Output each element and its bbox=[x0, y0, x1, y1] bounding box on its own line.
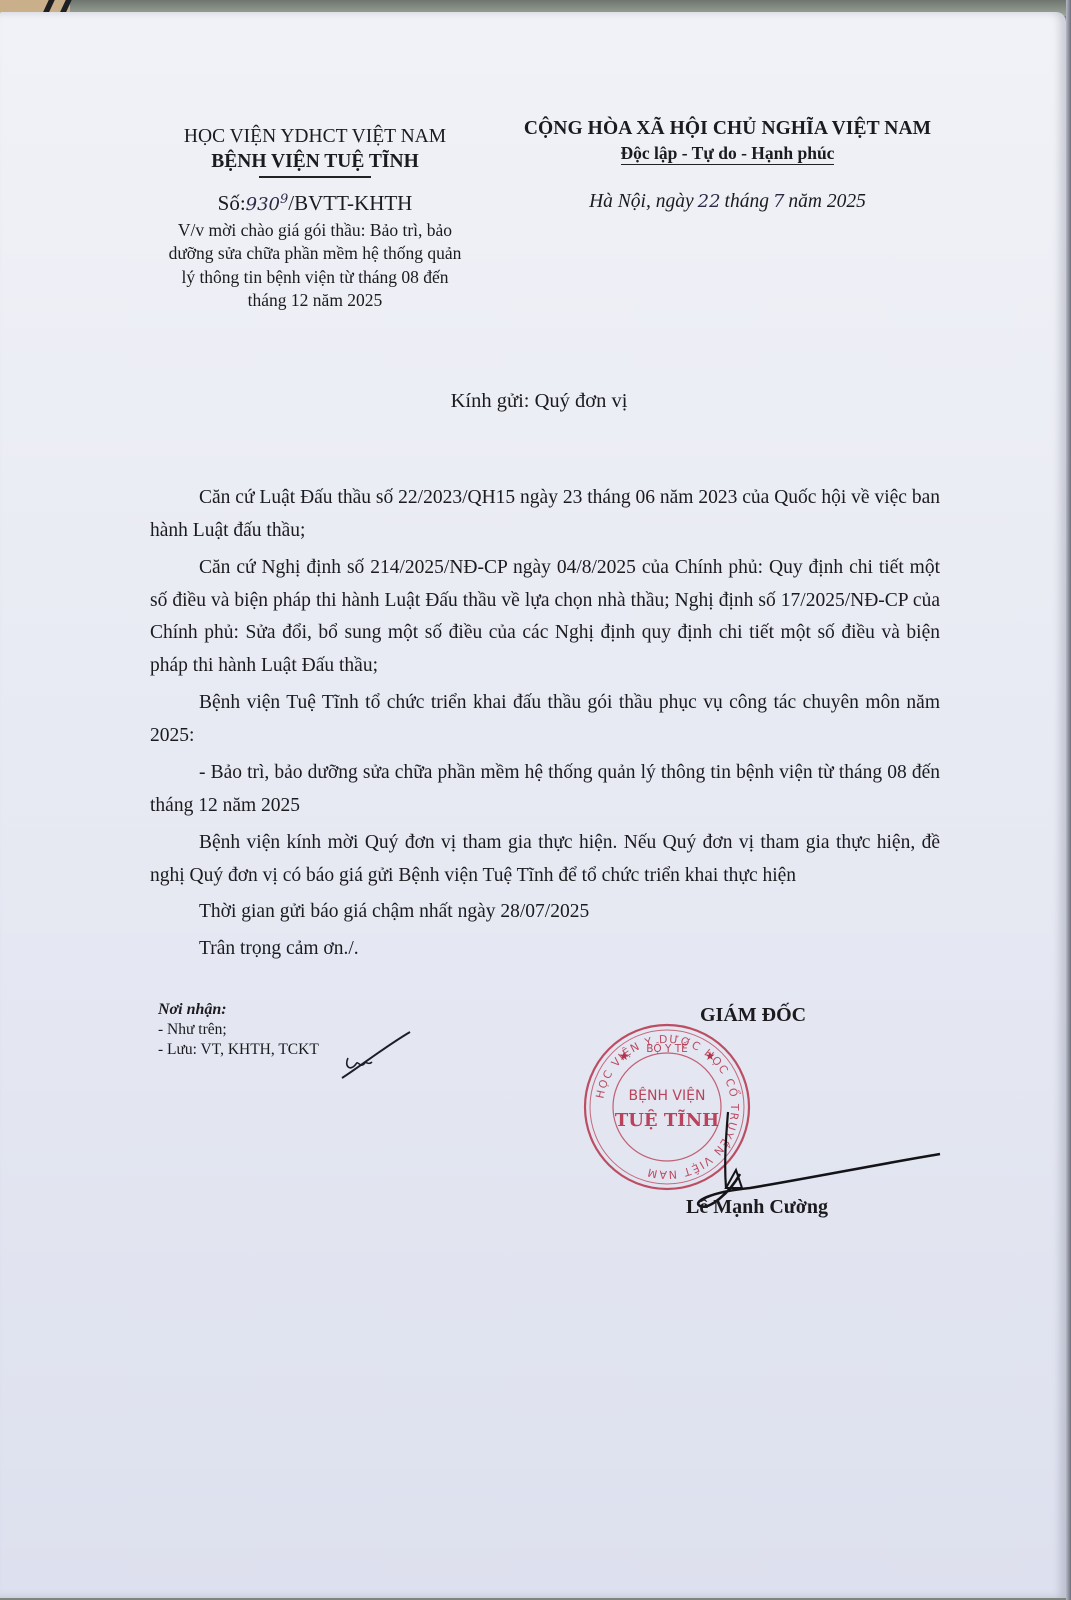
subject-line-3: lý thông tin bệnh viện từ tháng 08 đến bbox=[150, 266, 480, 290]
recipients-title: Nơi nhận: bbox=[158, 1000, 319, 1020]
closing-line: Trân trọng cảm ơn./. bbox=[150, 933, 940, 966]
place-and-date: Hà Nội, ngày22tháng7năm 2025 bbox=[500, 189, 955, 215]
svg-text:★: ★ bbox=[619, 1049, 630, 1063]
issuer-header: HỌC VIỆN YDHCT VIỆT NAM BỆNH VIỆN TUỆ TĨ… bbox=[150, 124, 480, 313]
initial-mark-icon bbox=[338, 1028, 418, 1088]
national-motto: Độc lập - Tự do - Hạnh phúc bbox=[621, 142, 835, 165]
date-month-handwritten: 7 bbox=[769, 191, 788, 212]
header-divider bbox=[259, 176, 371, 178]
body-paragraph: Căn cứ Luật Đấu thầu số 22/2023/QH15 ngà… bbox=[150, 482, 940, 547]
body-paragraph: Bệnh viện Tuệ Tĩnh tổ chức triển khai đấ… bbox=[150, 687, 940, 752]
salutation: Kính gửi: Quý đơn vị bbox=[0, 390, 1066, 413]
letter-body: Căn cứ Luật Đấu thầu số 22/2023/QH15 ngà… bbox=[150, 482, 940, 969]
subject-line-2: dưỡng sửa chữa phần mềm hệ thống quản bbox=[150, 242, 480, 266]
recipient-item: - Lưu: VT, KHTH, TCKT bbox=[158, 1040, 319, 1060]
page-edge-shadow bbox=[1066, 0, 1071, 1600]
body-paragraph: Bệnh viện kính mời Quý đơn vị tham gia t… bbox=[150, 827, 940, 892]
date-day-handwritten: 22 bbox=[694, 191, 725, 212]
organization-name: BỆNH VIỆN TUỆ TĨNH bbox=[150, 149, 480, 174]
document-page: HỌC VIỆN YDHCT VIỆT NAM BỆNH VIỆN TUỆ TĨ… bbox=[0, 12, 1066, 1598]
svg-text:BỘ Y TẾ: BỘ Y TẾ bbox=[646, 1041, 688, 1055]
date-year: năm 2025 bbox=[788, 191, 865, 212]
doc-number-prefix: Số: bbox=[218, 191, 246, 215]
recipients-block: Nơi nhận: - Như trên; - Lưu: VT, KHTH, T… bbox=[158, 1000, 319, 1060]
doc-number-handwritten: 9309 bbox=[246, 194, 289, 215]
doc-number-digits: 930 bbox=[246, 194, 280, 215]
deadline-line: Thời gian gửi báo giá chậm nhất ngày 28/… bbox=[150, 896, 940, 929]
national-title: CỘNG HÒA XÃ HỘI CHỦ NGHĨA VIỆT NAM bbox=[500, 116, 955, 142]
recipient-item: - Như trên; bbox=[158, 1020, 319, 1040]
svg-text:★: ★ bbox=[705, 1049, 716, 1063]
subject-line-4: tháng 12 năm 2025 bbox=[150, 289, 480, 313]
date-month-label: tháng bbox=[725, 191, 769, 212]
body-paragraph: Căn cứ Nghị định số 214/2025/NĐ-CP ngày … bbox=[150, 552, 940, 682]
parent-organization: HỌC VIỆN YDHCT VIỆT NAM bbox=[150, 124, 480, 149]
doc-number-suffix: /BVTT-KHTH bbox=[288, 191, 412, 215]
signer-name: Lê Mạnh Cường bbox=[686, 1196, 828, 1219]
subject-line-1: V/v mời chào giá gói thầu: Bảo trì, bảo bbox=[150, 219, 480, 243]
document-number: Số:9309/BVTT-KHTH bbox=[150, 186, 480, 219]
national-header: CỘNG HÒA XÃ HỘI CHỦ NGHĨA VIỆT NAM Độc l… bbox=[500, 116, 955, 215]
date-prefix: Hà Nội, ngày bbox=[589, 191, 694, 212]
body-bullet: - Bảo trì, bảo dưỡng sửa chữa phần mềm h… bbox=[150, 757, 940, 822]
